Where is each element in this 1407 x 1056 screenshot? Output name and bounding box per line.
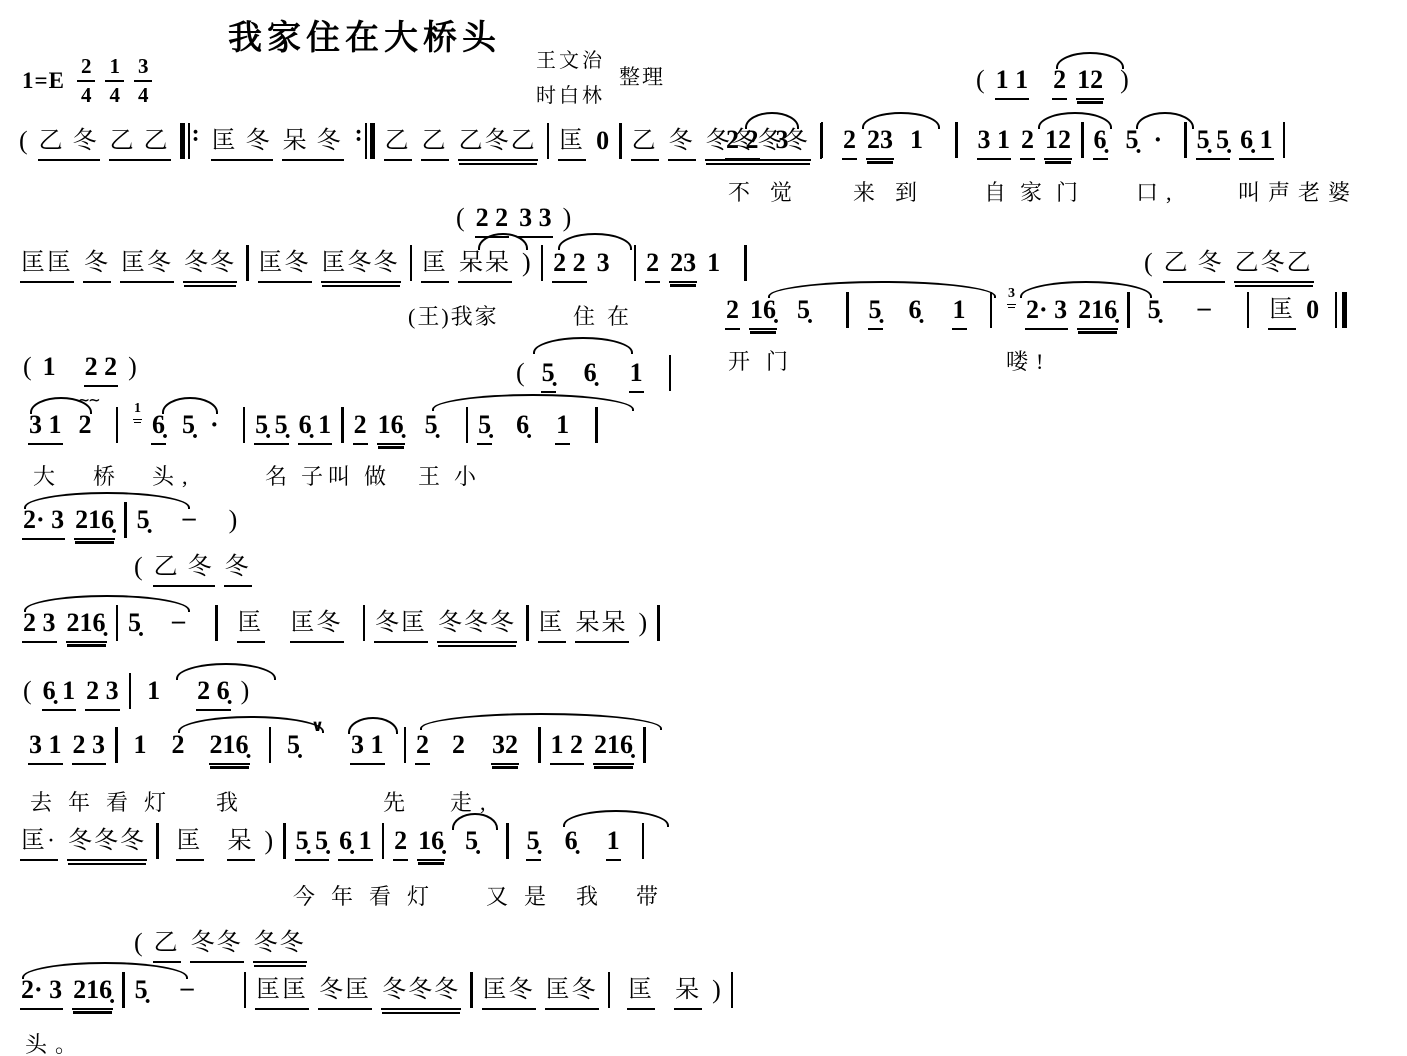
- note-token: 2· 3: [20, 975, 63, 1010]
- slur-arc: [24, 492, 190, 509]
- percussion-melody-line-2: 匡匡冬匡冬冬冬匡冬匡冬冬匡呆呆)2 232231: [20, 248, 747, 283]
- note-token: 2 2: [552, 248, 587, 283]
- barline: [215, 605, 218, 641]
- note-token: 匡冬: [482, 975, 536, 1010]
- barline: [643, 727, 646, 763]
- melody-percussion-line-8: 2· 3216̣5̣–匡匡冬匡冬冬冬匡冬匡冬匡呆): [20, 975, 733, 1010]
- note-token: 6̣: [151, 410, 166, 445]
- note-token: (: [22, 352, 33, 382]
- note-token: 2 3: [72, 730, 107, 765]
- note-token: (: [515, 358, 526, 388]
- slur-arc: [348, 717, 398, 734]
- note-token: ): [240, 676, 251, 706]
- note-token: 1 1: [995, 65, 1030, 100]
- slur-arc: [178, 716, 324, 733]
- note-token: ): [711, 975, 722, 1005]
- note-token: 6̣ 1: [298, 410, 333, 445]
- note-token: 乙 冬: [1163, 248, 1225, 283]
- lyric-text: 喽!: [1006, 345, 1051, 376]
- notation-area: (乙 冬乙 乙匡 冬呆 冬乙乙乙冬乙匡0乙冬冬冬冬冬(2 23 3)匡匡冬匡冬冬…: [0, 0, 1407, 1056]
- note-token: 冬匡: [318, 975, 372, 1010]
- barline: [595, 407, 598, 443]
- note-token: 乙 乙: [109, 126, 171, 161]
- lyric-text: 头。: [25, 1028, 85, 1056]
- note-token: 5̣: [286, 730, 301, 760]
- note-token: 匡 冬: [211, 126, 273, 161]
- note-token: 216̣: [593, 730, 634, 765]
- note-token: 6̣ 1: [1239, 125, 1274, 160]
- note-token: 乙: [153, 928, 181, 963]
- note-token: 3: [775, 125, 790, 155]
- note-token: 3 1: [28, 410, 63, 445]
- slur-arc: [533, 337, 633, 354]
- note-token: 3 1: [28, 730, 63, 765]
- lyric-text: 去年看灯: [30, 786, 182, 817]
- barline: [470, 972, 473, 1008]
- note-token: (: [133, 552, 144, 582]
- note-token: 16̣: [417, 826, 445, 861]
- note-token: 23: [669, 248, 697, 283]
- note-token: 6̣: [908, 295, 923, 325]
- note-token: ): [1119, 65, 1130, 95]
- note-token: ·: [209, 410, 220, 440]
- note-token: 5̣: [424, 410, 439, 440]
- note-token: 冬冬冬: [437, 608, 517, 643]
- note-token: 5̣: [127, 608, 142, 638]
- percussion-melody-line-7: 匡·冬冬冬匡呆)5̣ 5̣6̣ 1216̣5̣5̣6̣1: [20, 826, 644, 861]
- melody-percussion-line-5: 2 3216̣5̣–匡匡冬冬匡冬冬冬匡呆呆): [22, 608, 660, 643]
- note-token: 冬冬冬: [381, 975, 461, 1010]
- note-token: 乙 冬: [153, 552, 215, 587]
- percussion-cue-line: (乙 冬冬: [133, 552, 252, 587]
- note-token: 5̣: [796, 295, 811, 325]
- barline: [382, 823, 385, 859]
- note-token: 1 2: [550, 730, 585, 765]
- note-token: 2 3: [22, 608, 57, 643]
- note-token: 冬: [224, 552, 252, 587]
- barline: [341, 407, 344, 443]
- slur-arc: [768, 281, 996, 298]
- slur-arc: [1056, 52, 1124, 69]
- lyric-text: 王小: [418, 460, 490, 491]
- barline: [642, 823, 645, 859]
- note-token: 5̣: [526, 826, 541, 861]
- note-token: 乙 冬: [38, 126, 100, 161]
- note-token: 匡匡: [255, 975, 309, 1010]
- slur-arc: [745, 112, 799, 129]
- barline: [1283, 122, 1286, 158]
- lyric-text: 名子: [265, 460, 337, 491]
- note-token: 1: [133, 730, 148, 760]
- note-token: 3 1: [350, 730, 385, 765]
- note-token: 6̣: [564, 826, 579, 856]
- lyric-text: 大: [33, 460, 63, 491]
- barline: [404, 727, 407, 763]
- note-token: 2· 3: [1025, 295, 1068, 330]
- lyric-text: 不觉: [728, 176, 812, 207]
- note-token: 5̣: [464, 826, 479, 856]
- note-token: ): [638, 608, 649, 638]
- barline: [129, 673, 132, 709]
- note-token: 匡匡: [20, 248, 74, 283]
- melody-line-right-2: 216̣5̣5̣6̣132· 3216̣5̣–匡0: [725, 295, 1347, 330]
- melody-line-3: 3 12∼∼16̣5̣·5̣ 5̣6̣ 1216̣5̣5̣6̣1: [28, 410, 598, 445]
- barline: [541, 245, 544, 281]
- barline: [156, 823, 159, 859]
- lyric-text: 自家门: [984, 176, 1092, 207]
- note-token: 5̣: [477, 410, 492, 445]
- final-barline: [1335, 292, 1347, 328]
- note-token: 5̣ 5̣: [254, 410, 289, 445]
- note-token: 5̣ 5̣: [1196, 125, 1231, 160]
- note-token: 5̣: [868, 295, 883, 330]
- note-token: 2∼∼: [78, 410, 93, 440]
- note-token: 冬匡: [374, 608, 428, 643]
- note-token: 匡冬冬: [321, 248, 401, 283]
- note-token: 2: [842, 125, 857, 160]
- cue-notes-line: (1 1212): [975, 65, 1130, 100]
- note-token: 匡: [1268, 295, 1296, 330]
- lyric-text: 桥: [93, 460, 123, 491]
- note-token: 1: [133, 401, 142, 420]
- barline: [116, 407, 119, 443]
- note-token: 2: [1020, 125, 1035, 160]
- note-token: 2: [393, 826, 408, 861]
- note-token: 匡: [538, 608, 566, 643]
- repeat-close-barline: [365, 123, 375, 159]
- note-token: (: [18, 126, 29, 156]
- note-token: 32: [491, 730, 519, 765]
- note-token: (: [133, 928, 144, 958]
- note-token: 3: [596, 248, 611, 278]
- note-token: 6̣: [515, 410, 530, 440]
- note-token: 乙冬乙: [458, 126, 538, 161]
- note-token: ): [264, 826, 275, 856]
- note-token: 216̣: [72, 975, 113, 1010]
- note-token: 2: [725, 295, 740, 330]
- note-token: 6̣: [583, 358, 598, 388]
- note-token: 匡冬: [258, 248, 312, 283]
- lyric-text: 又是: [486, 880, 562, 911]
- note-token: 乙: [421, 126, 449, 161]
- lyric-text: 带: [636, 880, 666, 911]
- lyric-text: 来到: [853, 176, 937, 207]
- note-token: 匡: [176, 826, 204, 861]
- note-token: (: [1143, 248, 1154, 278]
- note-token: 匡冬: [120, 248, 174, 283]
- note-token: ): [562, 203, 573, 233]
- note-token: 216̣: [66, 608, 107, 643]
- barline: [955, 122, 958, 158]
- note-token: 2: [451, 730, 466, 760]
- note-token: 呆 冬: [282, 126, 344, 161]
- barline: [634, 245, 637, 281]
- note-token: 1: [909, 125, 924, 155]
- slur-arc: [1136, 112, 1194, 129]
- note-token: 5̣: [136, 505, 151, 535]
- note-token: 呆: [227, 826, 255, 861]
- note-token: 呆呆: [575, 608, 629, 643]
- lyric-text: 今年看灯: [293, 880, 445, 911]
- note-token: (: [455, 203, 466, 233]
- note-token: 2 3: [85, 676, 120, 711]
- note-token: 6̣ 1: [338, 826, 373, 861]
- slur-arc: [162, 397, 218, 414]
- lyric-text: 我: [216, 786, 246, 817]
- barline: [526, 605, 529, 641]
- cue-notes-line: (2 23 3): [455, 203, 572, 238]
- note-token: 1: [606, 826, 621, 861]
- melody-line-6: 3 12 312216̣5̣∨3 122321 2216̣: [28, 730, 646, 765]
- barline: [1247, 292, 1250, 328]
- cue-notes-line: (12 2): [22, 352, 138, 387]
- note-token: 2: [1052, 65, 1067, 100]
- note-token: 3 1: [977, 125, 1012, 160]
- barline: [821, 122, 824, 158]
- percussion-line-1: (乙 冬乙 乙匡 冬呆 冬乙乙乙冬乙匡0乙冬冬冬冬冬: [18, 126, 822, 161]
- note-token: 12: [1044, 125, 1072, 160]
- note-token: ·: [1153, 125, 1164, 155]
- note-token: 23: [866, 125, 894, 160]
- lyric-text: 先: [383, 786, 413, 817]
- barline: [619, 123, 622, 159]
- note-token: 5̣: [541, 358, 556, 393]
- lyric-text: 我: [576, 880, 606, 911]
- note-token: 匡: [421, 248, 449, 283]
- slur-arc: [420, 713, 662, 730]
- percussion-cue-line: (乙冬冬冬冬: [133, 928, 307, 963]
- barline: [283, 823, 286, 859]
- lyric-text: 口,: [1136, 176, 1180, 207]
- note-token: ): [521, 248, 532, 278]
- barline: [466, 407, 469, 443]
- note-token: –: [1197, 293, 1212, 323]
- barline: [538, 727, 541, 763]
- cue-notes-line: (5̣6̣1: [515, 358, 671, 393]
- note-token: 乙冬乙: [1234, 248, 1314, 283]
- melody-line-4: 2· 3216̣5̣–): [22, 505, 238, 540]
- note-token: 1: [146, 676, 161, 706]
- note-token: 冬: [668, 126, 696, 161]
- lyric-text: (王)我家: [408, 300, 499, 331]
- lyric-text: 住在: [573, 300, 641, 331]
- note-token: 216̣: [74, 505, 115, 540]
- lyric-text: 走,: [450, 786, 494, 817]
- note-token: 5̣: [1147, 295, 1162, 325]
- note-token: 5̣: [181, 410, 196, 440]
- percussion-cue-line: (乙 冬乙冬乙: [1143, 248, 1314, 283]
- score-page: 我家住在大桥头 1=E 241434 王文治时白林 整理 (乙 冬乙 乙匡 冬呆…: [0, 0, 1407, 1056]
- note-token: 5̣ 5̣: [295, 826, 330, 861]
- note-token: 1: [952, 295, 967, 330]
- melody-line-right-1: 2 2322313 12126̣5̣·5̣ 5̣6̣ 1: [725, 125, 1285, 160]
- barline: [115, 727, 118, 763]
- note-token: ): [228, 505, 239, 535]
- note-token: 冬冬冬: [67, 826, 147, 861]
- note-token: 12: [1076, 65, 1104, 100]
- barline: [243, 407, 246, 443]
- barline: [410, 245, 413, 281]
- note-token: 216̣: [1077, 295, 1118, 330]
- barline: [506, 823, 509, 859]
- barline: [547, 123, 550, 159]
- note-token: 2· 3: [22, 505, 65, 540]
- note-token: 1: [629, 358, 644, 393]
- barline: [731, 972, 734, 1008]
- note-token: 2: [645, 248, 660, 283]
- note-token: 冬冬: [183, 248, 237, 283]
- note-token: 冬冬: [253, 928, 307, 963]
- barline: [657, 605, 660, 641]
- note-token: 1: [42, 352, 57, 382]
- note-token: (: [22, 676, 33, 706]
- note-token: 2 6̣: [196, 676, 231, 711]
- note-token: 匡: [237, 608, 265, 643]
- note-token: 2: [171, 730, 186, 760]
- note-token: 匡·: [20, 826, 58, 861]
- note-token: 16̣: [749, 295, 777, 330]
- slur-arc: [24, 595, 190, 612]
- note-token: 匡: [558, 126, 586, 161]
- note-token: ): [127, 352, 138, 382]
- slur-arc: [432, 394, 634, 411]
- note-token: 冬: [83, 248, 111, 283]
- note-token: 呆呆: [458, 248, 512, 283]
- note-token: 呆: [674, 975, 702, 1010]
- lyric-text: 叫声老婆: [1238, 176, 1358, 207]
- barline: [244, 972, 247, 1008]
- note-token: 1: [706, 248, 721, 278]
- note-token: 6̣: [1093, 125, 1108, 160]
- barline: [246, 245, 249, 281]
- lyric-text: 开门: [728, 345, 804, 376]
- note-token: 2: [353, 410, 368, 445]
- slur-arc: [1020, 281, 1152, 298]
- note-token: 16̣: [377, 410, 405, 445]
- slur-arc: [22, 962, 188, 979]
- note-token: 2: [415, 730, 430, 765]
- barline: [608, 972, 611, 1008]
- barline: [744, 245, 747, 281]
- note-token: 216̣: [209, 730, 250, 765]
- note-token: 冬冬: [190, 928, 244, 963]
- note-token: 1: [555, 410, 570, 445]
- note-token: 匡: [627, 975, 655, 1010]
- note-token: 乙: [631, 126, 659, 161]
- lyric-text: 头,: [152, 460, 196, 491]
- slur-arc: [1038, 112, 1112, 129]
- note-token: 匡冬: [290, 608, 344, 643]
- slur-arc: [563, 810, 669, 827]
- repeat-open-barline: [180, 123, 190, 159]
- note-token: 3 3: [518, 203, 553, 238]
- slur-arc: [862, 112, 940, 129]
- note-token: 6̣ 1: [42, 676, 77, 711]
- slur-arc: [176, 663, 276, 680]
- barline: [363, 605, 366, 641]
- note-token: 5̣: [1125, 125, 1140, 155]
- note-token: 3: [1007, 286, 1016, 305]
- note-token: 乙: [384, 126, 412, 161]
- note-token: 匡冬: [545, 975, 599, 1010]
- note-token: 2 2: [725, 125, 760, 160]
- note-token: 0: [595, 126, 610, 156]
- note-token: (: [975, 65, 986, 95]
- note-token: 2 2: [84, 352, 119, 387]
- barline: [669, 355, 672, 391]
- lyric-text: 叫做: [328, 460, 400, 491]
- note-token: 5̣: [134, 975, 149, 1005]
- cue-notes-line: (6̣ 12 312 6̣): [22, 676, 250, 711]
- note-token: 0: [1305, 295, 1320, 325]
